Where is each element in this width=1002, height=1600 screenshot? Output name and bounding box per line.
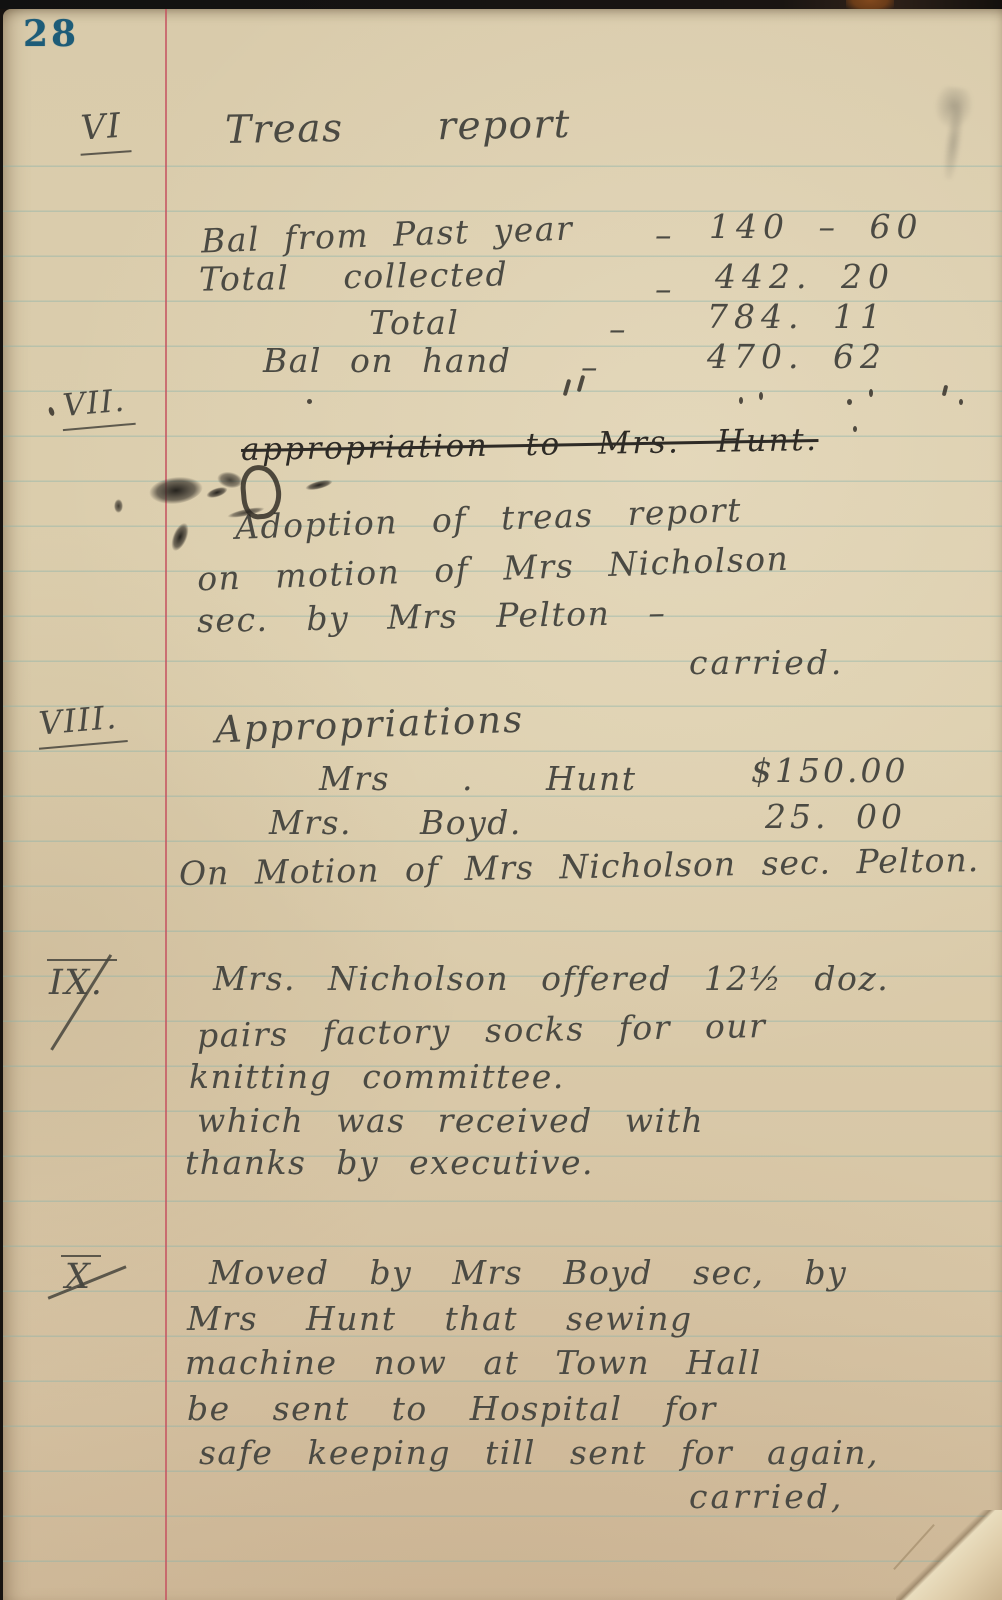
page-number: 28: [23, 13, 79, 55]
section-vi-marker: VI: [77, 105, 131, 155]
ink-blot: [205, 485, 229, 500]
section-vii-marker: VII.: [59, 382, 135, 431]
treas-row-amount: 140 – 60: [709, 207, 923, 246]
treas-row-amount: 470. 62: [707, 337, 887, 376]
ink-blot: [168, 520, 192, 553]
ink-speck: [563, 379, 572, 396]
handwritten-line: on motion of Mrs Nicholson: [196, 539, 789, 599]
appropriation-amount: 25. 00: [765, 797, 906, 836]
handwritten-line: carried,: [689, 1477, 844, 1516]
folded-corner: [896, 1510, 1002, 1600]
smudge-stain: [915, 83, 985, 182]
ink-speck: [307, 399, 312, 404]
red-margin-line: [165, 9, 167, 1600]
treas-report-title: Treas report: [225, 102, 572, 153]
ink-speck: [853, 426, 857, 432]
handwritten-line: Mrs. Nicholson offered 12½ doz.: [213, 959, 889, 998]
section-viii-marker: VIII.: [35, 697, 127, 750]
notebook-page: 28 VI Treas report Bal from Past year – …: [3, 9, 1002, 1600]
ink-speck: [959, 399, 963, 405]
treas-row-amount: 442. 20: [715, 257, 895, 296]
ink-speck: [739, 397, 743, 404]
appropriations-title: Appropriations: [214, 698, 524, 752]
handwritten-line: Adoption of treas report: [234, 490, 742, 547]
appropriation-name: Mrs . Hunt: [319, 759, 637, 798]
treas-row-dash: –: [655, 269, 673, 308]
treas-row-label: Bal on hand: [263, 341, 511, 380]
handwritten-line: which was received with: [197, 1101, 704, 1140]
treas-row-dash: –: [655, 215, 673, 254]
ink-speck: [942, 385, 949, 397]
appropriation-name: Mrs. Boyd.: [269, 803, 522, 842]
handwritten-line: safe keeping till sent for again,: [199, 1433, 879, 1472]
ink-blot: [114, 499, 123, 513]
handwritten-line: sec. by Mrs Pelton –: [197, 593, 667, 640]
ink-speck: [48, 406, 56, 416]
appropriation-amount: $150.00: [751, 751, 908, 790]
handwritten-line: carried.: [689, 643, 844, 682]
treas-row-label: Total: [369, 303, 459, 342]
ink-blot: [148, 474, 205, 506]
handwritten-line: machine now at Town Hall: [185, 1343, 762, 1382]
ink-blot: [304, 478, 333, 493]
handwritten-line: thanks by executive.: [185, 1143, 594, 1182]
handwritten-line: pairs factory socks for our: [197, 1006, 767, 1055]
treas-row-label: Total collected: [199, 254, 509, 298]
ink-speck: [759, 392, 763, 400]
treas-row-dash: –: [609, 309, 627, 348]
handwritten-line: Moved by Mrs Boyd sec, by: [209, 1253, 847, 1292]
handwritten-line: knitting committee.: [189, 1057, 565, 1096]
treas-row-amount: 784. 11: [707, 297, 887, 336]
handwritten-line: On Motion of Mrs Nicholson sec. Pelton.: [179, 840, 980, 893]
treas-row-label: Bal from Past year: [200, 209, 573, 261]
ink-speck: [847, 399, 852, 405]
ink-speck: [869, 389, 873, 397]
struck-appropriation-line: appropriation to Mrs. Hunt.: [241, 422, 819, 468]
handwritten-line: Mrs Hunt that sewing: [187, 1299, 693, 1338]
handwritten-line: be sent to Hospital for: [187, 1389, 717, 1428]
